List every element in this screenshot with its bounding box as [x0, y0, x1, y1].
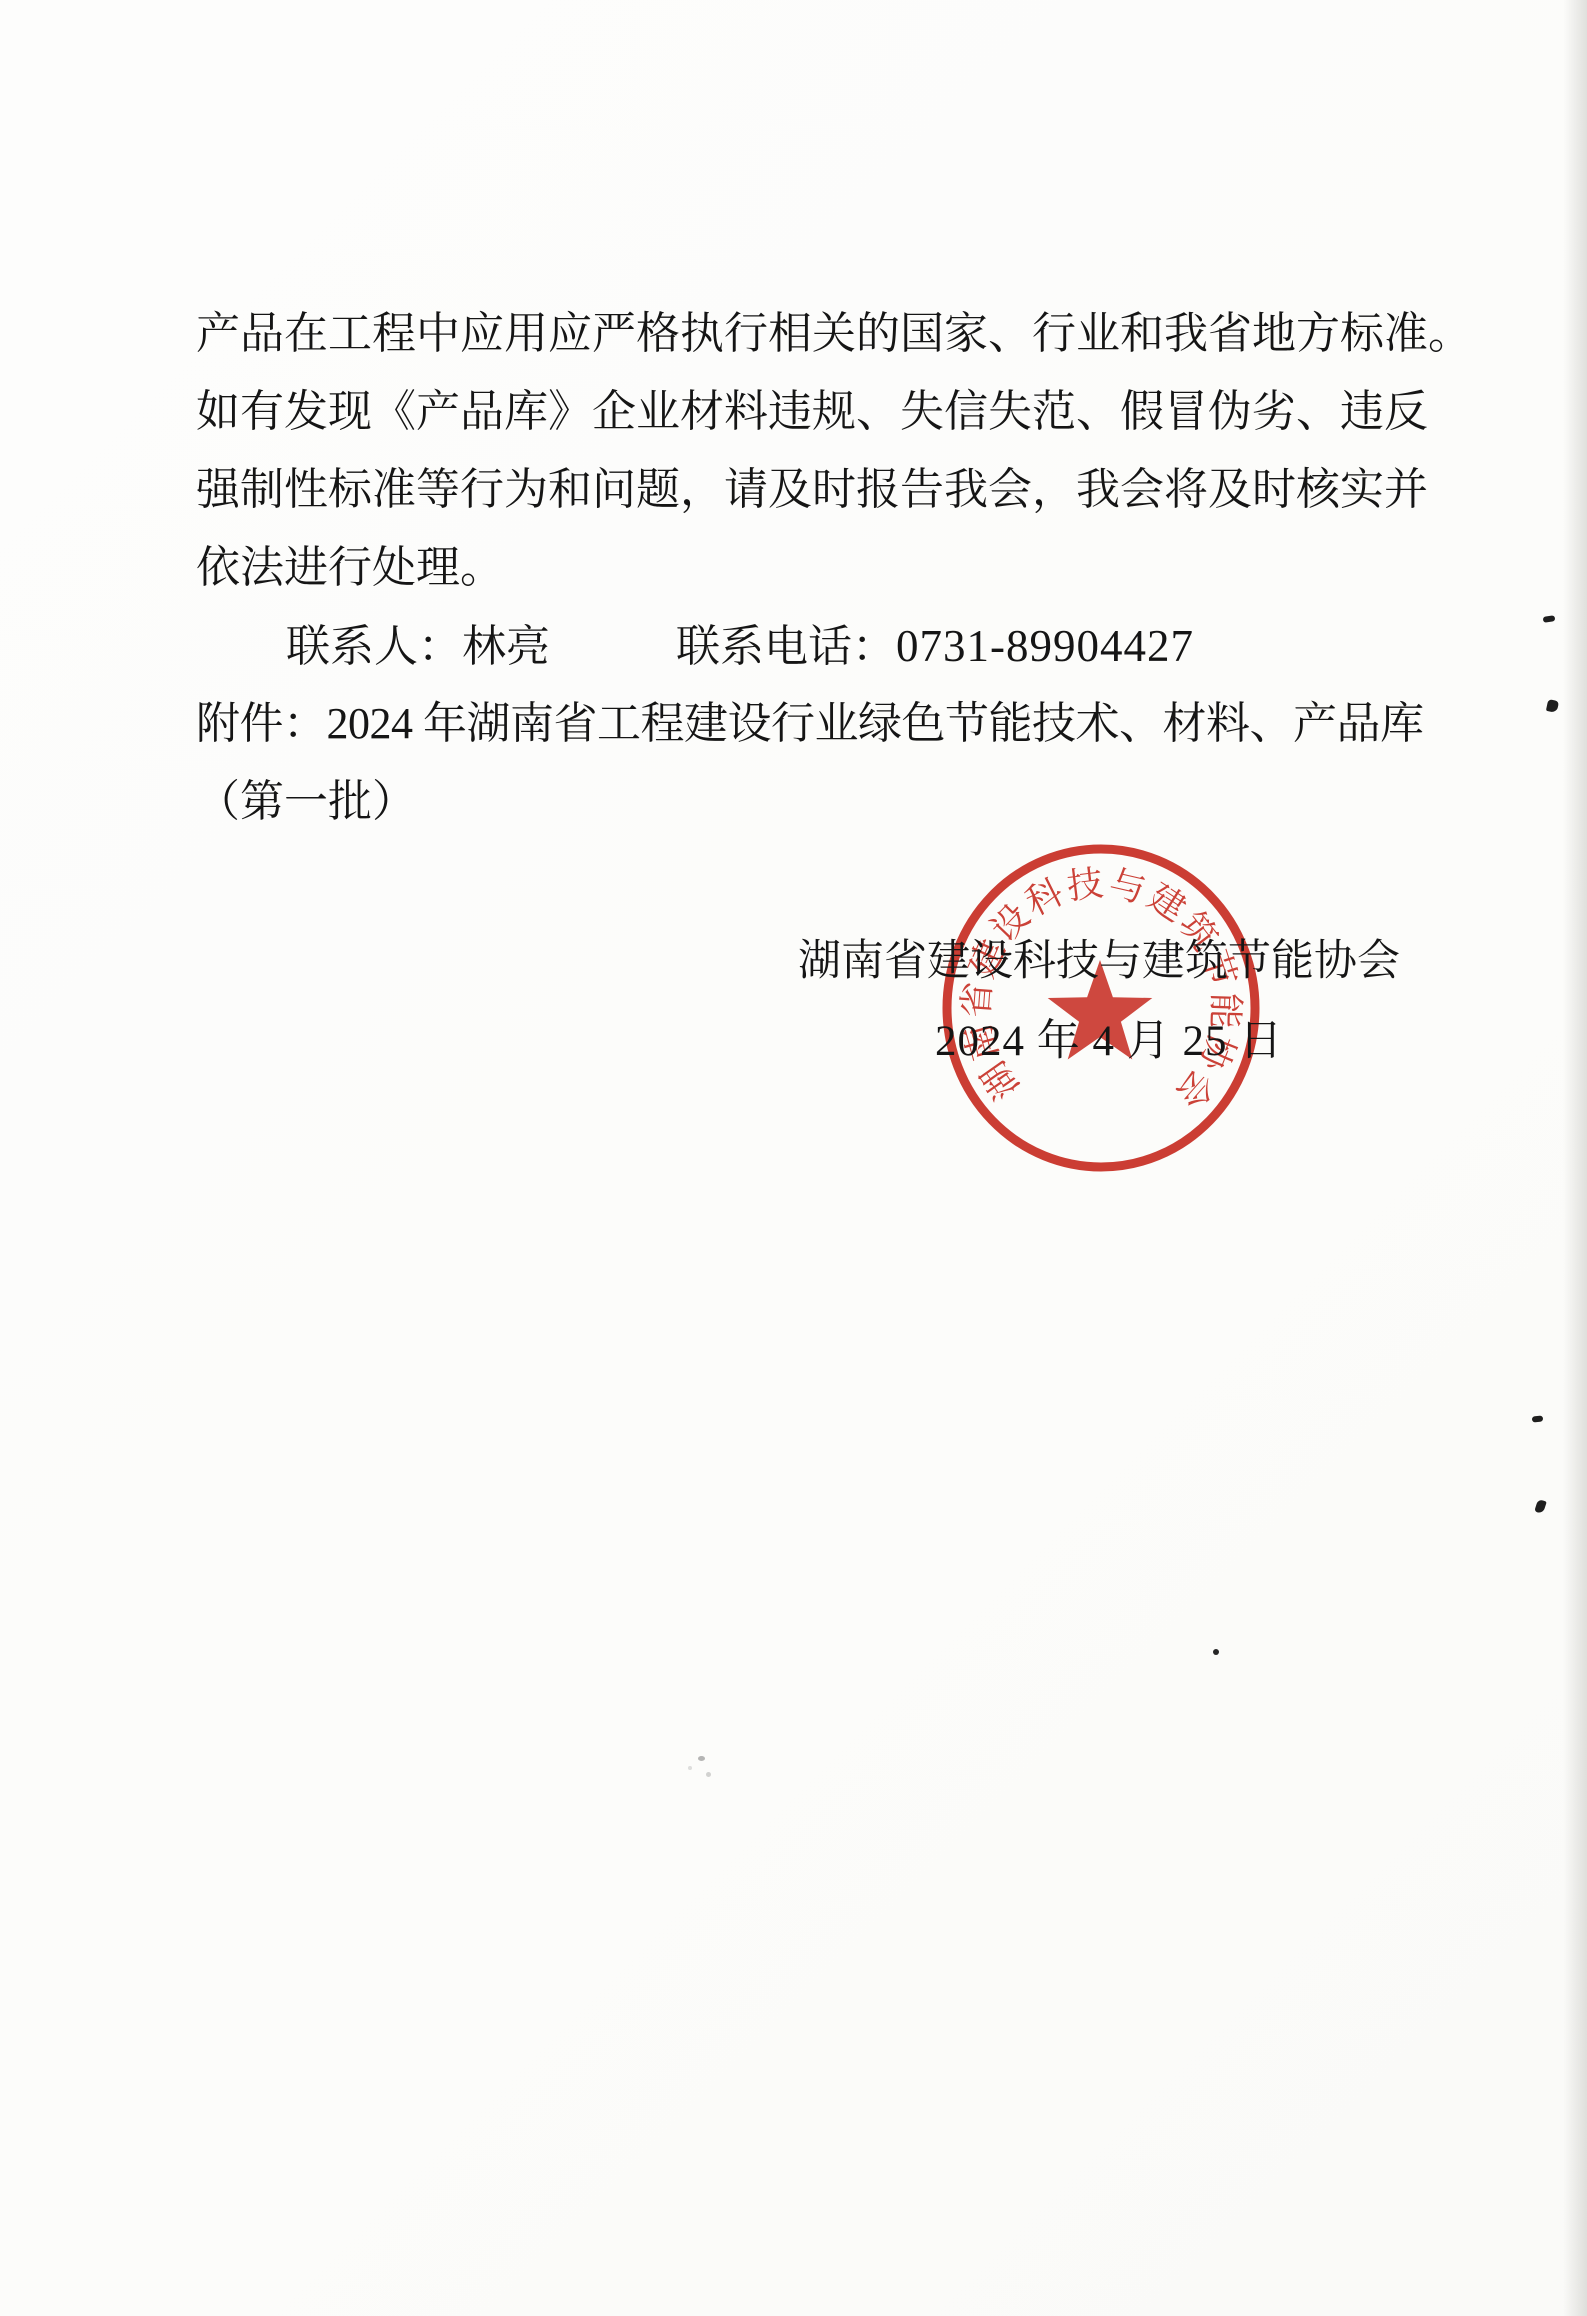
- body-line-3: 强制性标准等行为和问题，请及时报告我会，我会将及时核实并: [196, 451, 1428, 529]
- scan-speck: [1532, 1415, 1544, 1422]
- scan-speck: [1534, 1499, 1547, 1514]
- contact-person-label: 联系人：: [286, 622, 462, 671]
- body-line-4: 依法进行处理。: [196, 529, 1428, 607]
- contact-line: 联系人：林亮联系电话：0731-89904427: [196, 607, 1428, 685]
- signature-organization: 湖南省建设科技与建筑节能协会: [798, 923, 1400, 1001]
- scan-speck: [1543, 615, 1556, 623]
- scan-speck: [1546, 699, 1559, 713]
- scan-speck: [1213, 1649, 1219, 1655]
- scan-smudge: [698, 1756, 705, 1761]
- signature-date: 2024 年 4 月 25 日: [935, 1003, 1283, 1081]
- contact-phone-number: 0731-89904427: [896, 621, 1194, 671]
- contact-person-name: 林亮: [462, 622, 550, 671]
- scan-smudge: [706, 1772, 711, 1777]
- scan-edge-shadow: [1563, 0, 1587, 2316]
- scan-smudge: [688, 1766, 692, 1770]
- scanned-document-page: 产品在工程中应用应严格执行相关的国家、行业和我省地方标准。 如有发现《产品库》企…: [0, 0, 1587, 2316]
- attachment-line-1: 附件：2024 年湖南省工程建设行业绿色节能技术、材料、产品库: [196, 685, 1428, 763]
- attachment-line-2: （第一批）: [196, 763, 1428, 841]
- contact-phone-label: 联系电话：: [676, 622, 896, 671]
- body-line-2: 如有发现《产品库》企业材料违规、失信失范、假冒伪劣、违反: [196, 373, 1428, 451]
- body-line-1: 产品在工程中应用应严格执行相关的国家、行业和我省地方标准。: [196, 295, 1428, 373]
